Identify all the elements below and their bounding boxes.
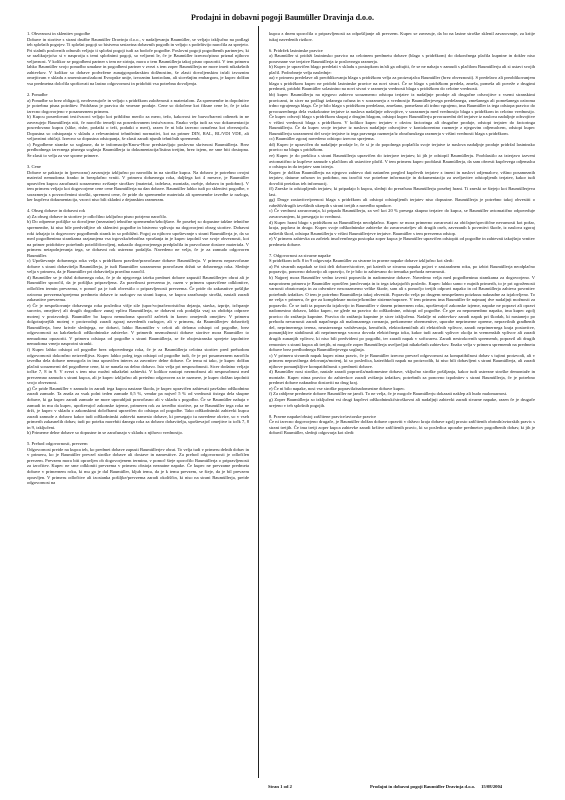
paragraph: e) Če je nespoštovanje dobavnega roka po…: [27, 303, 249, 347]
section: 1. Obveznost in sklenitev pogodbeDobave …: [27, 31, 249, 86]
paragraph: d) Baumüller se je držal dobavnega roka,…: [27, 275, 249, 303]
right-column: kupca z dnem sporočila o pripravljenosti…: [269, 31, 535, 441]
paragraph: a) Baumüller si pridrži lastninsko pravi…: [269, 53, 535, 64]
section: 6. Pridržek lastninske pravicea) Baumüll…: [269, 48, 535, 248]
paragraph: b) Najprej mora Baumüller vedno izvesti …: [269, 275, 535, 353]
paragraph: c) Če vrednost zavarovanja, ki pripada B…: [269, 208, 535, 219]
section: 4. Obseg dobave in dobavni roka) Za obse…: [27, 208, 249, 435]
paragraph: d) Kupec hrani blago s pridržkom za Baum…: [269, 220, 535, 237]
paragraph: h) Primerne delne dobave so dopustne in …: [27, 430, 249, 436]
paragraph: a) Pri stvarnih napakah se tisti deli do…: [269, 264, 535, 275]
paragraph: Dobave in storitve s strani družbe Baumü…: [27, 37, 249, 87]
section: 7. Odgovornost za stvarne napakeS pridrž…: [269, 253, 535, 408]
paragraph: ff) Zneske iz odstopljenih terjatev, ki …: [269, 186, 535, 197]
paragraph: bb) kupec Baumüllerju na njegovo zahtevo…: [269, 92, 535, 136]
paragraph: dd) Kupec je upravičen do nadaljnje prod…: [269, 142, 535, 153]
footer-date: 15/08/2004: [481, 784, 502, 789]
section: 3. CeneDobave se pakirajo in (prevozno) …: [27, 164, 249, 203]
paragraph: Dobave se pakirajo in (prevozno) zavaruj…: [27, 170, 249, 203]
paragraph: gg) Druge zastavitve/prenosi blaga s pri…: [269, 197, 535, 208]
paragraph: b) Kupec je upravičen blago predelati v …: [269, 64, 535, 75]
paragraph: e) V primeru zahtevka za začetek insolve…: [269, 236, 535, 247]
paragraph: g) Če pride Baumüller v zamudo in zaradi…: [27, 386, 249, 430]
continuation-paragraph: kupca z dnem sporočila o pripravljenosti…: [269, 31, 535, 42]
column-divider: [258, 26, 259, 778]
paragraph: c) Upoštevanje dobavnega roka velja s pr…: [27, 258, 249, 275]
paragraph: ee) Kupec je do preklica s strani Baumül…: [269, 153, 535, 170]
paragraph: c) V primeru stvarnih napak kupec nima p…: [269, 353, 535, 370]
paragraph: c) Pogodbene stranke so soglasne, da te …: [27, 142, 249, 159]
paragraph: kupca z dnem sporočila o pripravljenosti…: [269, 31, 535, 42]
section: 5. Prehod odgovornosti, prevzemOdgovorno…: [27, 441, 249, 485]
paragraph: Odgovornost preide na kupca teh, ko pred…: [27, 447, 249, 486]
section: 8. Pravne napake/obstoj zaščitene pravic…: [269, 414, 535, 436]
paragraph: a) Ponudbe so brez obligacij, neobvezujo…: [27, 98, 249, 115]
footer-page-number: Stran 1 od 2: [268, 784, 292, 789]
paragraph: b) Do odpreme pošiljke so dovoljene (nez…: [27, 219, 249, 258]
left-column: 1. Obveznost in sklenitev pogodbeDobave …: [27, 31, 249, 491]
paragraph: d) Baumüller nosi stroške, nastale zarad…: [269, 369, 535, 386]
document-title: Prodajni in dobavni pogoji Baumüller Dra…: [0, 13, 565, 23]
paragraph: Če ni izrecno dogovorjeno drugače, je Ba…: [269, 419, 535, 436]
section: 2. Ponudbea) Ponudbe so brez obligacij, …: [27, 92, 249, 159]
paragraph: Kupec je dolžan Baumüllerju na njegovo z…: [269, 170, 535, 187]
paragraph: aa) v primeru predelave ali preoblikovan…: [269, 75, 535, 92]
paragraph: b) Kupcu posredovani testi/vzorci veljaj…: [27, 114, 249, 142]
footer-document-title: Prodajni in dobavni pogoji Baumüller Dra…: [370, 784, 502, 789]
paragraph: f) Kupec lahko odstopi od pogodbe brez o…: [27, 347, 249, 386]
paragraph: g) Zoper Baumüllerja so izključeni vsi d…: [269, 397, 535, 408]
footer-title-text: Prodajni in dobavni pogoji Baumüller Dra…: [370, 784, 475, 789]
